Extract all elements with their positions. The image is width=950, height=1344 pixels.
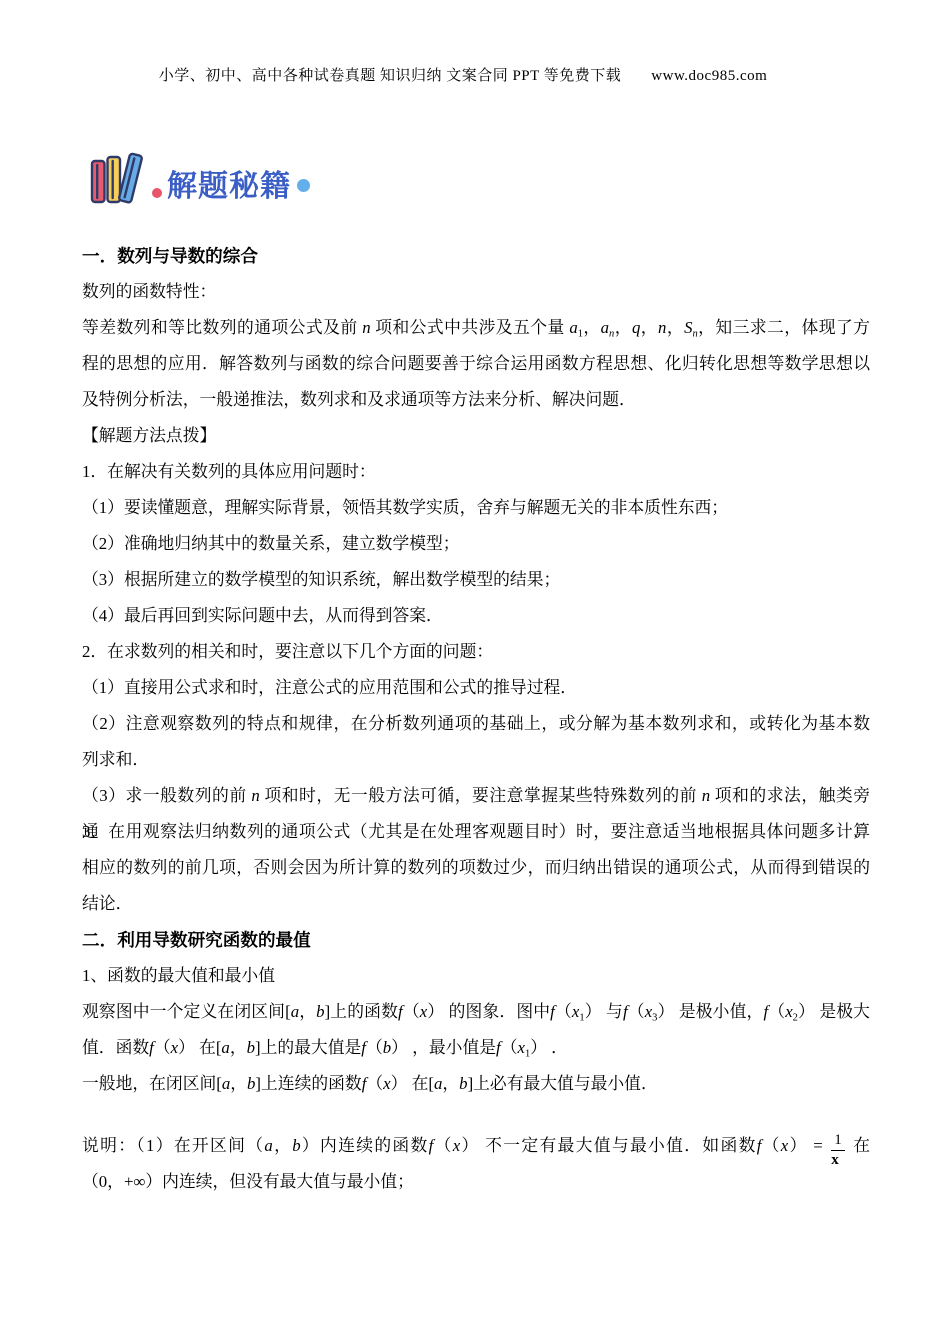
text-segment: （4）最后再回到实际问题中去，从而得到答案． xyxy=(82,606,443,625)
text-segment: a xyxy=(291,1002,299,1021)
text-segment: （ xyxy=(403,1002,420,1021)
text-segment: ） 在[ xyxy=(178,1038,221,1057)
text-line: （2）注意观察数列的特点和规律，在分析数列通项的基础上，或分解为基本数列求和，或… xyxy=(82,706,870,742)
text-segment: ） 与 xyxy=(585,1002,623,1021)
text-segment: 程的思想的应用．解答数列与函数的综合问题要善于综合运用函数方程思想、化归转化思想… xyxy=(82,354,870,373)
text-segment: 一．数列与导数的综合 xyxy=(82,246,258,266)
text-segment: ， xyxy=(583,318,601,337)
text-segment: ） 不一定有最大值与最小值．如函数 xyxy=(460,1136,757,1155)
text-line: 二．利用导数研究函数的最值 xyxy=(82,922,870,958)
text-segment: x xyxy=(785,1002,792,1021)
brand-title: 解题秘籍 xyxy=(167,172,291,202)
text-segment: a xyxy=(221,1038,229,1057)
text-segment: 2．在求数列的相关和时，要注意以下几个方面的问题： xyxy=(82,642,493,661)
text-segment: 在 xyxy=(848,1136,870,1155)
text-segment: （2）注意观察数列的特点和规律，在分析数列通项的基础上，或分解为基本数列求和，或… xyxy=(82,714,870,733)
text-line: 列求和． xyxy=(82,742,870,778)
text-segment: n xyxy=(251,786,259,805)
text-segment: ） 是极大 xyxy=(798,1002,870,1021)
text-line: 及特例分析法，一般递推法，数列求和及求通项等方法来分析、解决问题． xyxy=(82,382,870,418)
header-text: 小学、初中、高中各种试卷真题 知识归纳 文案合同 PPT 等免费下载 xyxy=(159,68,622,84)
text-segment: a xyxy=(569,318,577,337)
text-line: （1）要读懂题意，理解实际背景，领悟其数学实质，舍弃与解题无关的非本质性东西； xyxy=(82,490,870,526)
text-segment: ， xyxy=(666,318,684,337)
text-line: 数列的函数特性： xyxy=(82,274,870,310)
text-line: （2）准确地归纳其中的数量关系，建立数学模型； xyxy=(82,526,870,562)
text-line: 3．在用观察法归纳数列的通项公式（尤其是在处理客观题目时）时，要注意适当地根据具… xyxy=(82,814,870,850)
text-segment: 【解题方法点拨】 xyxy=(82,426,216,445)
text-segment: 1．在解决有关数列的具体应用问题时： xyxy=(82,462,376,481)
text-segment: a xyxy=(222,1074,230,1093)
text-line: 2．在求数列的相关和时，要注意以下几个方面的问题： xyxy=(82,634,870,670)
text-segment: a xyxy=(601,318,609,337)
text-segment: （ xyxy=(768,1002,785,1021)
text-line: 一．数列与导数的综合 xyxy=(82,238,870,274)
text-segment: b xyxy=(247,1038,255,1057)
text-segment: 相应的数列的前几项，否则会因为所计算的数列的项数过少，而归纳出错误的通项公式，从… xyxy=(82,858,870,877)
text-segment: x xyxy=(518,1038,525,1057)
text-segment: ） 在[ xyxy=(391,1074,434,1093)
text-segment: ， xyxy=(614,318,632,337)
text-line: 【解题方法点拨】 xyxy=(82,418,870,454)
site-header: 小学、初中、高中各种试卷真题 知识归纳 文案合同 PPT 等免费下载www.do… xyxy=(0,64,938,85)
text-line: 1．在解决有关数列的具体应用问题时： xyxy=(82,454,870,490)
text-line: （3）根据所建立的数学模型的知识系统，解出数学模型的结果； xyxy=(82,562,870,598)
text-segment: ]上必有最大值与最小值． xyxy=(468,1074,658,1093)
text-segment: （3）根据所建立的数学模型的知识系统，解出数学模型的结果； xyxy=(82,570,560,589)
text-segment: （ xyxy=(555,1002,572,1021)
text-segment: （3）求一般数列的前 xyxy=(82,786,251,805)
text-segment: （ xyxy=(366,1074,383,1093)
books-icon xyxy=(88,149,146,205)
text-segment: ， xyxy=(299,1002,316,1021)
text-segment: n xyxy=(702,786,710,805)
text-segment: 二．利用导数研究函数的最值 xyxy=(82,930,311,950)
text-segment: 列求和． xyxy=(82,750,149,769)
text-segment: （ xyxy=(433,1136,452,1155)
text-line: （4）最后再回到实际问题中去，从而得到答案． xyxy=(82,598,870,634)
text-line: 等差数列和等比数列的通项公式及前 n 项和公式中共涉及五个量 a1，an，q，n… xyxy=(82,310,870,346)
text-line: 值．函数f（x） 在[a，b]上的最大值是f（b） ，最小值是f（x1） ． xyxy=(82,1030,870,1066)
text-segment: 项和公式中共涉及五个量 xyxy=(371,318,570,337)
text-segment: （ xyxy=(154,1038,171,1057)
text-segment: ） ，最小值是 xyxy=(391,1038,496,1057)
text-segment: （1）要读懂题意，理解实际背景，领悟其数学实质，舍弃与解题无关的非本质性东西； xyxy=(82,498,728,517)
inline-fraction: 1x xyxy=(831,1131,845,1169)
text-segment: （ xyxy=(366,1038,383,1057)
text-segment: （ xyxy=(761,1136,780,1155)
text-segment: （0，+∞）内连续，但没有最大值与最小值； xyxy=(82,1172,414,1191)
text-line: 说明：（1）在开区间（a，b）内连续的函数f（x） 不一定有最大值与最小值．如函… xyxy=(82,1102,870,1164)
text-line: （0，+∞）内连续，但没有最大值与最小值； xyxy=(82,1164,870,1200)
text-segment: ， xyxy=(640,318,658,337)
text-segment: 结论． xyxy=(82,894,132,913)
text-segment: ， xyxy=(442,1074,459,1093)
text-segment: x xyxy=(383,1074,390,1093)
text-segment: （ xyxy=(628,1002,645,1021)
text-segment: ， xyxy=(230,1074,247,1093)
text-segment: a xyxy=(264,1136,272,1155)
text-segment: 1、函数的最大值和最小值 xyxy=(82,966,275,985)
text-line: 结论． xyxy=(82,886,870,922)
text-segment: ， xyxy=(273,1136,292,1155)
text-segment: 一般地，在闭区间[ xyxy=(82,1074,222,1093)
text-segment: x xyxy=(171,1038,178,1057)
text-line: 观察图中一个定义在闭区间[a，b]上的函数f（x） 的图象．图中f（x1） 与f… xyxy=(82,994,870,1030)
text-segment: b xyxy=(316,1002,324,1021)
text-segment: 及特例分析法，一般递推法，数列求和及求通项等方法来分析、解决问题． xyxy=(82,390,636,409)
text-segment: 说明：（1）在开区间（ xyxy=(82,1136,264,1155)
text-segment: 观察图中一个定义在闭区间[ xyxy=(82,1002,291,1021)
text-segment: ） 的图象．图中 xyxy=(427,1002,550,1021)
text-segment: 3．在用观察法归纳数列的通项公式（尤其是在处理客观题目时）时，要注意适当地根据具… xyxy=(82,822,870,841)
text-segment: （1）直接用公式求和时，注意公式的应用范围和公式的推导过程． xyxy=(82,678,577,697)
text-segment: ）内连续的函数 xyxy=(301,1136,429,1155)
text-segment: （2）准确地归纳其中的数量关系，建立数学模型； xyxy=(82,534,460,553)
text-segment: （ xyxy=(501,1038,518,1057)
text-segment: ） 是极小值， xyxy=(657,1002,763,1021)
blue-dot-icon xyxy=(297,179,310,192)
text-segment: b xyxy=(292,1136,300,1155)
text-segment: b xyxy=(383,1038,391,1057)
text-segment: ） = xyxy=(788,1136,828,1155)
text-segment: ， xyxy=(230,1038,247,1057)
text-line: 程的思想的应用．解答数列与函数的综合问题要善于综合运用函数方程思想、化归转化思想… xyxy=(82,346,870,382)
text-segment: ]上的函数 xyxy=(325,1002,398,1021)
text-segment: ]上的最大值是 xyxy=(255,1038,361,1057)
text-segment: 数列的函数特性： xyxy=(82,282,216,301)
document-body: 一．数列与导数的综合数列的函数特性：等差数列和等比数列的通项公式及前 n 项和公… xyxy=(82,238,870,1200)
text-segment: n xyxy=(362,318,370,337)
brand-logo: 解题秘籍 xyxy=(88,149,310,205)
text-line: 相应的数列的前几项，否则会因为所计算的数列的项数过少，而归纳出错误的通项公式，从… xyxy=(82,850,870,886)
site-url: www.doc985.com xyxy=(651,68,767,84)
text-segment: ） ． xyxy=(530,1038,568,1057)
text-segment: ]上连续的函数 xyxy=(255,1074,361,1093)
document-page: 小学、初中、高中各种试卷真题 知识归纳 文案合同 PPT 等免费下载www.do… xyxy=(0,0,950,1344)
text-line: （1）直接用公式求和时，注意公式的应用范围和公式的推导过程． xyxy=(82,670,870,706)
text-segment: 值．函数 xyxy=(82,1038,149,1057)
text-segment: 项和时，无一般方法可循，要注意掌握某些特殊数列的前 xyxy=(260,786,702,805)
text-line: 一般地，在闭区间[a，b]上连续的函数f（x） 在[a，b]上必有最大值与最小值… xyxy=(82,1066,870,1102)
text-segment: ，知三求二，体现了方 xyxy=(698,318,870,337)
text-segment: b xyxy=(459,1074,467,1093)
red-dot-icon xyxy=(152,188,162,198)
text-line: （3）求一般数列的前 n 项和时，无一般方法可循，要注意掌握某些特殊数列的前 n… xyxy=(82,778,870,814)
text-line: 1、函数的最大值和最小值 xyxy=(82,958,870,994)
text-segment: 等差数列和等比数列的通项公式及前 xyxy=(82,318,362,337)
